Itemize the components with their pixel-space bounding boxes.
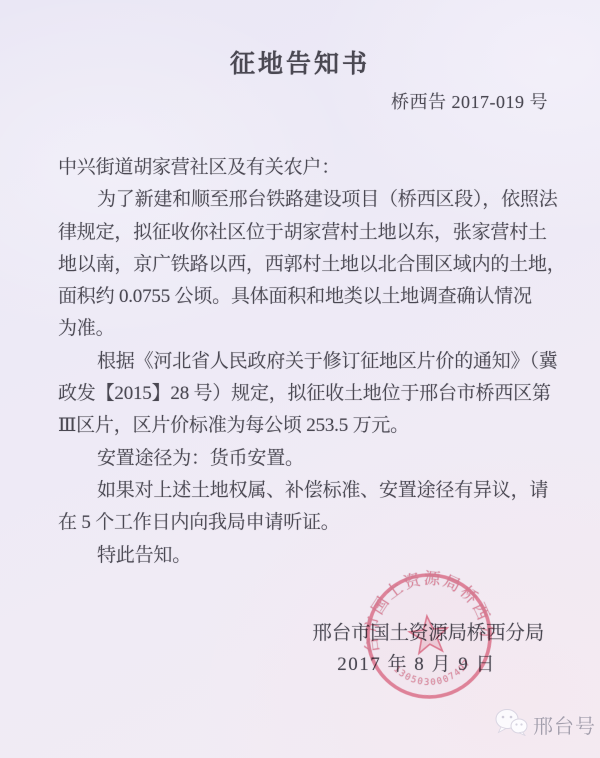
salutation-line: 中兴街道胡家营社区及有关农户： — [58, 152, 552, 184]
document-number: 桥西告 2017-019 号 — [391, 88, 548, 114]
watermark-label: 邢台号 — [533, 710, 596, 739]
wechat-icon — [494, 708, 528, 741]
official-seal: 邢台市国土资源局桥西分局 1305030007497 — [356, 563, 501, 708]
document-body: 中兴街道胡家营社区及有关农户： 为了新建和顺至邢台铁路建设项目（桥西区段），依照… — [58, 152, 552, 572]
page-title: 征地告知书 — [0, 44, 600, 80]
body-line: 为准。 — [58, 313, 552, 345]
body-line: 为了新建和顺至邢台铁路建设项目（桥西区段），依照法 — [58, 184, 552, 216]
body-line: 地以南，京广铁路以西，西郭村土地以北合围区域内的土地， — [58, 249, 552, 281]
wechat-watermark: 邢台号 — [494, 708, 596, 741]
body-line: 根据《河北省人民政府关于修订征地区片价的通知》（冀 — [58, 346, 552, 378]
body-line: Ⅲ区片，区片价标准为每公顷 253.5 万元。 — [58, 410, 552, 442]
land-notice-document: 征地告知书 桥西告 2017-019 号 中兴街道胡家营社区及有关农户： 为了新… — [0, 0, 600, 758]
official-seal-icon: 邢台市国土资源局桥西分局 1305030007497 — [356, 563, 501, 708]
body-line: 如果对上述土地权属、补偿标准、安置途径有异议，请 — [58, 475, 552, 507]
body-line: 律规定，拟征收你社区位于胡家营村土地以东，张家营村土 — [58, 217, 552, 249]
body-line: 安置途径为：货币安置。 — [58, 443, 552, 475]
body-line: 在 5 个工作日内向我局申请听证。 — [58, 507, 552, 539]
body-line: 面积约 0.0755 公顷。具体面积和地类以土地调查确认情况 — [58, 281, 552, 313]
body-line: 政发【2015】28 号）规定，拟征收土地位于邢台市桥西区第 — [58, 378, 552, 410]
